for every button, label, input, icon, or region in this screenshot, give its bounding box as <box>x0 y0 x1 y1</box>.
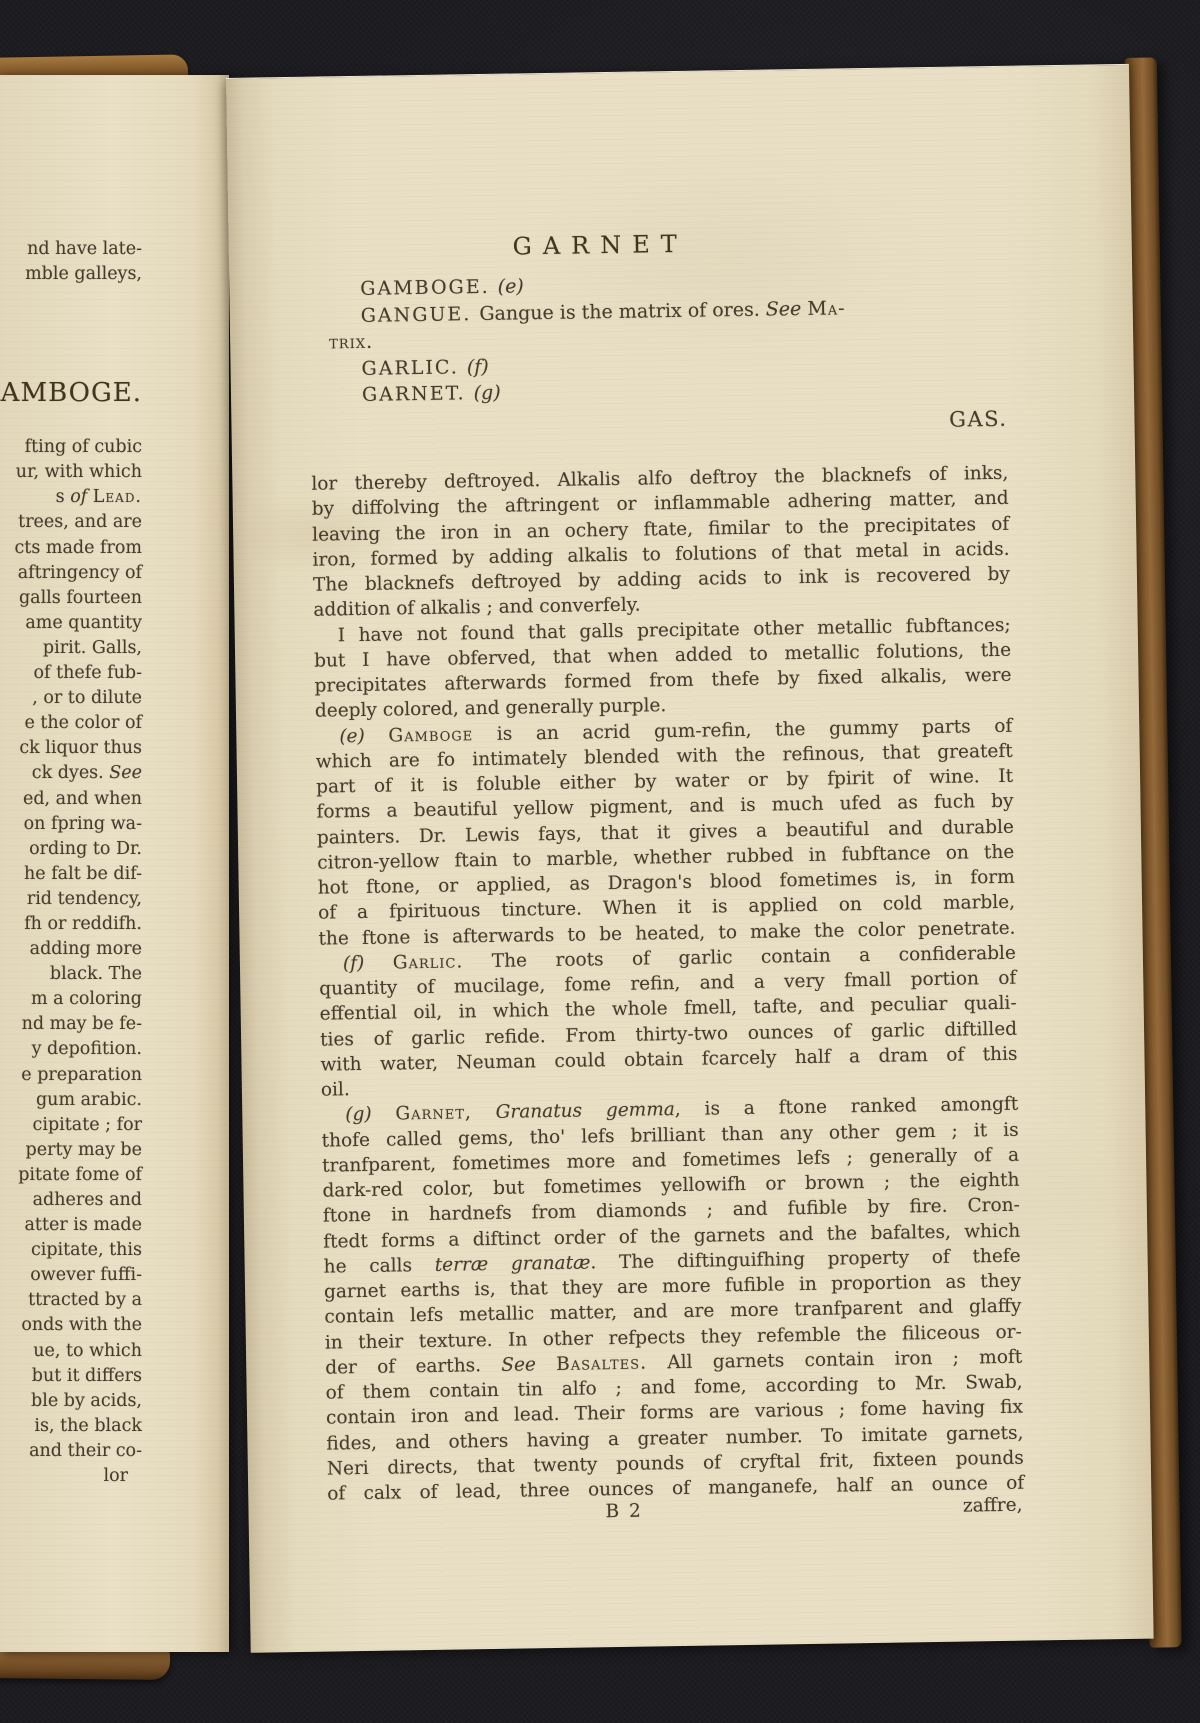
text-line: adheres and <box>0 1188 142 1213</box>
text-line: perty may be <box>0 1138 142 1163</box>
text-line: fting of cubic <box>0 435 142 460</box>
text-line: y depofition. <box>0 1037 142 1062</box>
text-line: lor <box>0 1464 142 1489</box>
text-line: onds with the <box>0 1313 142 1338</box>
text-line: nd may be fe- <box>0 1012 142 1037</box>
text-line: ck dyes. See <box>0 761 142 786</box>
text-line: gum arabic. <box>0 1088 142 1113</box>
footnote-body: lor thereby deftroyed. Alkalis alfo deft… <box>311 461 1024 1507</box>
text-line: pirit. Galls, <box>0 636 142 661</box>
text-line: galls fourteen <box>0 586 142 611</box>
text-segment: GARLIC. <box>361 356 467 380</box>
text-segment: he calls <box>324 1255 435 1278</box>
text-segment: See <box>501 1354 556 1376</box>
text-segment: Gamboge <box>388 724 473 746</box>
text-segment: der of earths. <box>325 1355 501 1379</box>
text-line: he falt be dif- <box>0 862 142 887</box>
text-line: ck liquor thus <box>0 736 142 761</box>
text-segment: GANGUE. <box>361 303 480 327</box>
text-segment: s <box>56 487 71 507</box>
text-segment: (g) <box>473 382 500 404</box>
text-line: but it differs <box>0 1364 142 1389</box>
text-line: rid tendency, <box>0 887 142 912</box>
text-segment: terræ granatæ <box>435 1252 591 1275</box>
text-segment: (e) <box>498 275 524 297</box>
text-line: nd have late- <box>0 237 142 262</box>
signature-mark: B 2 <box>605 1501 643 1523</box>
text-line: is, the black <box>0 1414 142 1439</box>
text-segment: See <box>766 297 808 320</box>
text-line: mble galleys, <box>0 262 142 287</box>
text-segment: of <box>70 487 93 507</box>
catchword-zaffre: zaffre, <box>963 1495 1023 1517</box>
text-line: aftringency of <box>0 561 142 586</box>
text-segment: Ma- <box>807 297 846 320</box>
text-segment: (e) <box>339 725 388 747</box>
main-page: GARNET GAMBOGE. (e)GANGUE. Gangue is the… <box>226 64 1154 1653</box>
text-segment <box>472 1102 496 1123</box>
text-line: cipitate, this <box>0 1238 142 1263</box>
text-line: ording to Dr. <box>0 837 142 862</box>
text-segment: (f) <box>467 355 489 377</box>
text-line: , or to dilute <box>0 686 142 711</box>
text-line: atter is made <box>0 1213 142 1238</box>
text-line: and their co- <box>0 1439 142 1464</box>
left-column: nd have late-mble galleys,AMBOGE.fting o… <box>0 237 142 1489</box>
text-line: AMBOGE. <box>0 375 142 411</box>
text-line: ble by acids, <box>0 1389 142 1414</box>
book-photo: nd have late-mble galleys,AMBOGE.fting o… <box>0 0 1200 1723</box>
text-segment: See <box>109 763 142 783</box>
text-segment: , is a ftone ranked amongft <box>675 1094 1019 1120</box>
text-line: trees, and are <box>0 510 142 535</box>
text-segment: Gangue is the matrix of ores. <box>479 298 766 324</box>
text-line: ame quantity <box>0 611 142 636</box>
text-line: m a coloring <box>0 987 142 1012</box>
text-line: e preparation <box>0 1063 142 1088</box>
text-segment: GAMBOGE. <box>360 276 498 300</box>
entry-list: GAMBOGE. (e)GANGUE. Gangue is the matrix… <box>308 266 1010 409</box>
text-line: fh or reddifh. <box>0 912 142 937</box>
text-segment: (f) <box>343 952 393 974</box>
text-segment: trix. <box>329 331 373 354</box>
text-line: e the color of <box>0 711 142 736</box>
text-segment: Lead. <box>93 487 142 507</box>
text-line: ttracted by a <box>0 1288 142 1313</box>
text-segment: Granatus gemma <box>495 1099 675 1123</box>
text-line: ue, to which <box>0 1339 142 1364</box>
running-head: GARNET <box>512 230 688 261</box>
text-segment: All garnets contain iron ; moft <box>647 1346 1023 1373</box>
text-segment: ck dyes. <box>32 763 110 783</box>
text-line: cipitate ; for <box>0 1113 142 1138</box>
previous-page-edge: nd have late-mble galleys,AMBOGE.fting o… <box>0 75 229 1652</box>
text-line: ed, and when <box>0 787 142 812</box>
text-line: on fpring wa- <box>0 812 142 837</box>
text-segment: (g) <box>345 1104 395 1126</box>
text-line: adding more <box>0 937 142 962</box>
text-segment: Garlic. <box>393 951 464 973</box>
text-line: ur, with which <box>0 460 142 485</box>
text-line: s of Lead. <box>0 485 142 510</box>
text-segment: Basaltes. <box>556 1352 647 1374</box>
text-line: owever fuffi- <box>0 1263 142 1288</box>
text-line: cts made from <box>0 536 142 561</box>
text-line: of thefe fub- <box>0 661 142 686</box>
text-segment: GARNET. <box>362 382 474 406</box>
text-segment: Garnet, <box>395 1103 472 1125</box>
text-line: pitate fome of <box>0 1163 142 1188</box>
text-line: black. The <box>0 962 142 987</box>
main-page-wrap: GARNET GAMBOGE. (e)GANGUE. Gangue is the… <box>226 64 1154 1653</box>
